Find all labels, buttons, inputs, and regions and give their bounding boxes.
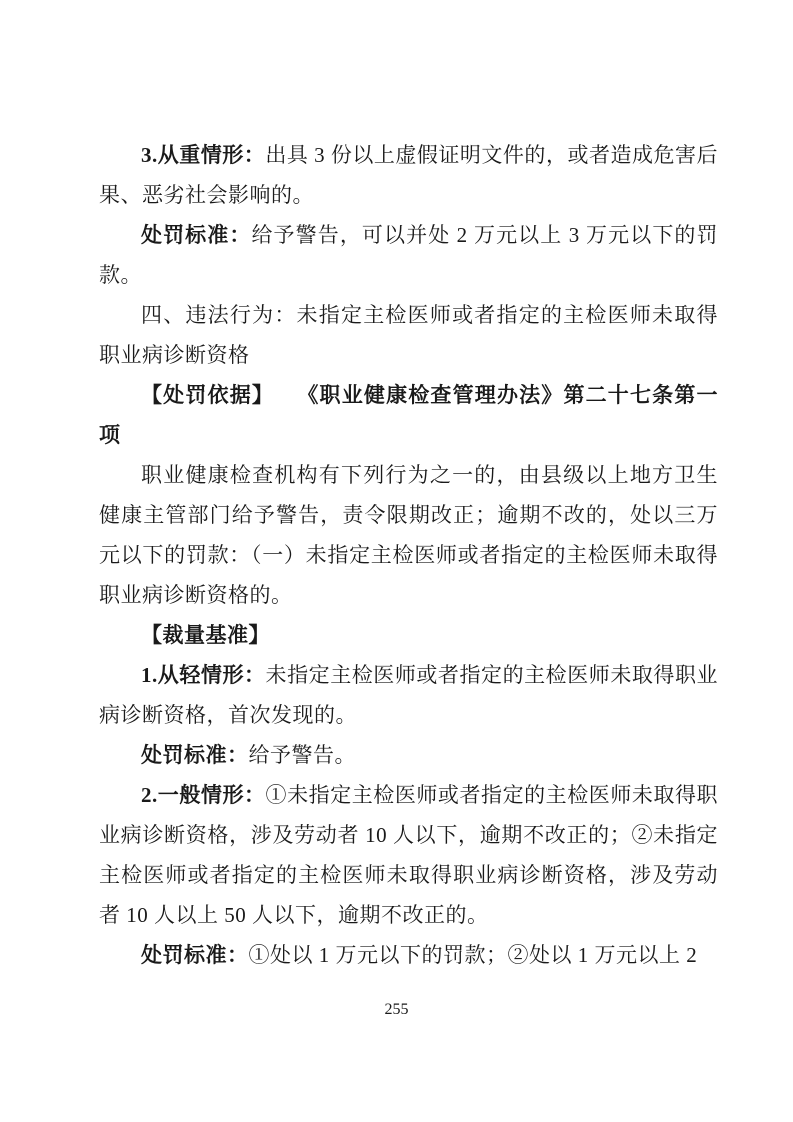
- paragraph-label: 处罚标准：: [141, 943, 249, 967]
- paragraph-text: 四、违法行为：未指定主检医师或者指定的主检医师未取得职业病诊断资格: [99, 303, 718, 367]
- paragraph: 2.一般情形：①未指定主检医师或者指定的主检医师未取得职业病诊断资格，涉及劳动者…: [99, 775, 718, 935]
- page-number: 255: [0, 999, 793, 1021]
- paragraph-text: ①处以 1 万元以下的罚款；②处以 1 万元以上 2: [249, 943, 698, 967]
- paragraph: 处罚标准：①处以 1 万元以下的罚款；②处以 1 万元以上 2: [99, 935, 718, 975]
- paragraph: 【裁量基准】: [99, 615, 718, 655]
- paragraph-label: 2.一般情形：: [141, 783, 266, 807]
- paragraph: 处罚标准：给予警告，可以并处 2 万元以上 3 万元以下的罚款。: [99, 215, 718, 295]
- paragraph: 职业健康检查机构有下列行为之一的，由县级以上地方卫生健康主管部门给予警告，责令限…: [99, 455, 718, 615]
- paragraph: 四、违法行为：未指定主检医师或者指定的主检医师未取得职业病诊断资格: [99, 295, 718, 375]
- paragraph-text: 给予警告。: [249, 743, 357, 767]
- paragraph: 3.从重情形：出具 3 份以上虚假证明文件的，或者造成危害后果、恶劣社会影响的。: [99, 135, 718, 215]
- paragraph-label: 3.从重情形：: [141, 143, 265, 167]
- paragraph-label: 1.从轻情形：: [141, 663, 266, 687]
- text-block: 3.从重情形：出具 3 份以上虚假证明文件的，或者造成危害后果、恶劣社会影响的。…: [99, 135, 718, 975]
- paragraph: 处罚标准：给予警告。: [99, 735, 718, 775]
- paragraph-text: 职业健康检查机构有下列行为之一的，由县级以上地方卫生健康主管部门给予警告，责令限…: [99, 463, 718, 607]
- paragraph-label: 【裁量基准】: [141, 623, 270, 647]
- paragraph-label: 处罚标准：: [141, 223, 251, 247]
- paragraph-label: 处罚标准：: [141, 743, 249, 767]
- paragraph: 【处罚依据】 《职业健康检查管理办法》第二十七条第一项: [99, 375, 718, 455]
- document-page: 3.从重情形：出具 3 份以上虚假证明文件的，或者造成危害后果、恶劣社会影响的。…: [0, 0, 793, 1122]
- paragraph-label: 【处罚依据】 《职业健康检查管理办法》第二十七条第一项: [99, 383, 718, 447]
- paragraph: 1.从轻情形：未指定主检医师或者指定的主检医师未取得职业病诊断资格，首次发现的。: [99, 655, 718, 735]
